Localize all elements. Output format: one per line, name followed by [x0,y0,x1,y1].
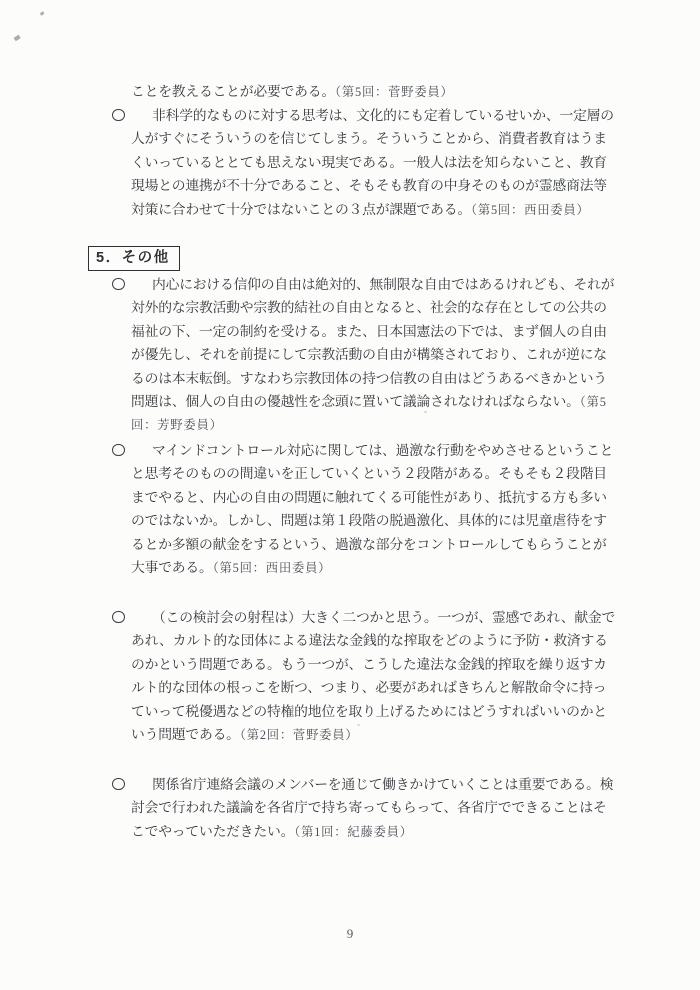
speaker-attribution: （第1回：紀藤委員） [294,825,413,839]
circle-bullet-icon [112,278,125,291]
body-text: が優先し、それを前提にして宗教活動の自由が構築されており、これが逆にな [131,347,607,362]
discussion-paragraph: 内心における信仰の自由は絶対的、無制限な自由ではあるけれども、それが対外的な宗教… [131,273,631,437]
text-line: いう問題である。（第2回：菅野委員） [131,723,631,746]
speaker-attribution: （第2回：菅野委員） [240,728,359,742]
scanned-document-page: ことを教えることが必要である。（第5回：菅野委員）非科学的なものに対する思考は、… [0,0,700,990]
text-line: 問題は、個人の自由の優越性を念頭に置いて議論されなければならない。（第5 [131,390,631,413]
body-text: ルト的な団体の根っこを断つ、つまり、必要があればきちんと解散命令に持っ [131,680,606,695]
body-text: と思考そのものの間違いを正していくという２段階がある。そもそも２段階目 [131,466,607,481]
body-text: 問題は、個人の自由の優越性を念頭に置いて議論されなければならない。 [131,394,580,409]
body-text: 関係省庁連絡会議のメンバーを通じて働きかけていくことは重要である。検 [152,777,613,792]
body-text: ことを教えることが必要である。 [131,84,335,99]
body-text: いう問題である。 [131,727,240,742]
body-text: （この検討会の射程は）大きく二つかと思う。一つが、霊感であれ、献金で [152,610,615,625]
body-text: 福祉の下、一定の制約を受ける。また、日本国憲法の下では、まず個人の自由 [131,324,607,339]
text-line: ルト的な団体の根っこを断つ、つまり、必要があればきちんと解散命令に持っ [131,676,631,699]
body-text: のではないか。しかし、問題は第１段階の脱過激化、具体的には児童虐待をす [131,513,607,528]
page-number: 9 [0,926,700,942]
body-text: 大事である。 [131,560,213,575]
section-heading-label: 5．その他 [88,246,180,271]
circle-bullet-icon [112,778,125,791]
circle-bullet-icon [112,611,125,624]
text-line: までやると、内心の自由の問題に触れてくる可能性があり、抵抗する方も多い [131,486,631,509]
body-text: 対外的な宗教活動や宗教的結社の自由となると、社会的な存在としての公共の [131,300,607,315]
text-line: 回：芳野委員） [131,413,631,436]
body-text: ていって税優遇などの特権的地位を取り上げるためにはどうすればいいのかと [131,704,607,719]
circle-bullet-icon [112,109,125,122]
speaker-attribution: 回：芳野委員） [131,418,223,432]
text-line: 関係省庁連絡会議のメンバーを通じて働きかけていくことは重要である。検 [131,773,631,796]
body-text: マインドコントロール対応に関しては、過激な行動をやめさせるということ [152,443,613,458]
discussion-paragraph: マインドコントロール対応に関しては、過激な行動をやめさせるということと思考そのも… [131,439,631,579]
speaker-attribution: （第5回：西田委員） [213,561,332,575]
body-text: 非科学的なものに対する思考は、文化的にも定着しているせいか、一定層の [152,108,614,123]
text-line: くいっているととても思えない現実である。一般人は法を知らないこと、教育 [131,151,631,174]
text-line: が優先し、それを前提にして宗教活動の自由が構築されており、これが逆にな [131,343,631,366]
body-text: るとか多額の献金をするという、過激な部分をコントロールしてもらうことが [131,537,607,552]
text-line: 大事である。（第5回：西田委員） [131,556,631,579]
text-line: 人がすぐにそういうのを信じてしまう。そういうことから、消費者教育はうま [131,127,631,150]
circle-bullet-icon [112,444,125,457]
text-line: あれ、カルト的な団体による違法な金銭的な搾取をどのように予防・救済する [131,629,631,652]
body-text: のかという問題である。もう一つが、こうした違法な金銭的搾取を繰り返すカ [131,657,607,672]
body-text: くいっているととても思えない現実である。一般人は法を知らないこと、教育 [131,155,607,170]
speaker-attribution: （第5回：菅野委員） [335,85,454,99]
text-line: 福祉の下、一定の制約を受ける。また、日本国憲法の下では、まず個人の自由 [131,320,631,343]
text-line: のではないか。しかし、問題は第１段階の脱過激化、具体的には児童虐待をす [131,509,631,532]
scan-speck [14,35,21,41]
body-text: こでやっていただきたい。 [131,824,294,839]
body-text: 現場との連携が不十分であること、そもそも教育の中身そのものが霊感商法等 [131,178,607,193]
speaker-attribution: （第5 [580,395,607,409]
body-text: るのは本末転倒。すなわち宗教団体の持つ信教の自由はどうあるべきかという [131,371,607,386]
text-line: ていって税優遇などの特権的地位を取り上げるためにはどうすればいいのかと [131,700,631,723]
body-text: 人がすぐにそういうのを信じてしまう。そういうことから、消費者教育はうま [131,131,607,146]
body-text: 内心における信仰の自由は絶対的、無制限な自由ではあるけれども、それが [152,277,614,292]
text-line: 内心における信仰の自由は絶対的、無制限な自由ではあるけれども、それが [131,273,631,296]
text-line: るとか多額の献金をするという、過激な部分をコントロールしてもらうことが [131,533,631,556]
section-heading: 5．その他 [88,246,180,271]
text-line: マインドコントロール対応に関しては、過激な行動をやめさせるということ [131,439,631,462]
text-line: ことを教えることが必要である。（第5回：菅野委員） [131,80,631,103]
scan-speck [40,11,45,15]
body-text: までやると、内心の自由の問題に触れてくる可能性があり、抵抗する方も多い [131,490,607,505]
speaker-attribution: （第5回：西田委員） [471,203,590,217]
text-line: こでやっていただきたい。（第1回：紀藤委員） [131,820,631,843]
text-line: 討会で行われた議論を各省庁で持ち寄ってもらって、各省庁でできることはそ [131,796,631,819]
discussion-paragraph: 非科学的なものに対する思考は、文化的にも定着しているせいか、一定層の人がすぐにそ… [131,104,631,221]
text-line: 対策に合わせて十分ではないことの３点が課題である。（第5回：西田委員） [131,198,631,221]
text-line: るのは本末転倒。すなわち宗教団体の持つ信教の自由はどうあるべきかという [131,367,631,390]
body-text: あれ、カルト的な団体による違法な金銭的な搾取をどのように予防・救済する [131,633,608,648]
discussion-paragraph: 関係省庁連絡会議のメンバーを通じて働きかけていくことは重要である。検討会で行われ… [131,773,631,843]
text-line: のかという問題である。もう一つが、こうした違法な金銭的搾取を繰り返すカ [131,653,631,676]
body-text: 対策に合わせて十分ではないことの３点が課題である。 [131,202,471,217]
continuation-paragraph: ことを教えることが必要である。（第5回：菅野委員） [131,80,631,103]
text-line: 非科学的なものに対する思考は、文化的にも定着しているせいか、一定層の [131,104,631,127]
discussion-paragraph: （この検討会の射程は）大きく二つかと思う。一つが、霊感であれ、献金であれ、カルト… [131,606,631,746]
text-line: （この検討会の射程は）大きく二つかと思う。一つが、霊感であれ、献金で [131,606,631,629]
text-line: と思考そのものの間違いを正していくという２段階がある。そもそも２段階目 [131,462,631,485]
text-line: 対外的な宗教活動や宗教的結社の自由となると、社会的な存在としての公共の [131,296,631,319]
text-line: 現場との連携が不十分であること、そもそも教育の中身そのものが霊感商法等 [131,174,631,197]
body-text: 討会で行われた議論を各省庁で持ち寄ってもらって、各省庁でできることはそ [131,800,607,815]
